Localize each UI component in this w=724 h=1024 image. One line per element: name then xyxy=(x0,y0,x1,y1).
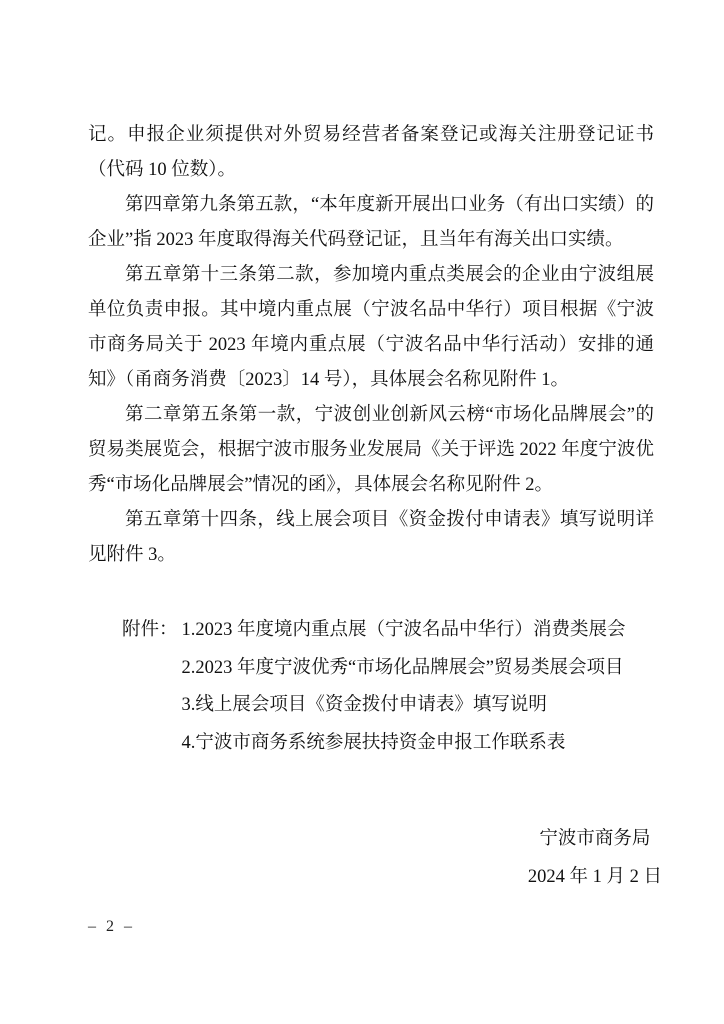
attachment-item-2: 2.2023 年度宁波优秀“市场化品牌展会”贸易类展会项目 xyxy=(182,650,682,688)
page-number: – 2 – xyxy=(88,918,135,936)
attachment-item-4: 4.宁波市商务系统参展扶持资金申报工作联系表 xyxy=(182,725,682,763)
signature-org: 宁波市商务局 xyxy=(528,820,662,858)
body-text: 记。申报企业须提供对外贸易经营者备案登记或海关注册登记证书（代码 10 位数）。… xyxy=(88,118,654,573)
document-page: 记。申报企业须提供对外贸易经营者备案登记或海关注册登记证书（代码 10 位数）。… xyxy=(0,0,724,1024)
paragraph-chapter4-clause: 第四章第九条第五款，“本年度新开展出口业务（有出口实绩）的企业”指 2023 年… xyxy=(88,188,654,258)
paragraph-continuation: 记。申报企业须提供对外贸易经营者备案登记或海关注册登记证书（代码 10 位数）。 xyxy=(88,118,654,188)
paragraph-chapter5-article13: 第五章第十三条第二款，参加境内重点类展会的企业由宁波组展单位负责申报。其中境内重… xyxy=(88,258,654,398)
paragraph-chapter2-article5: 第二章第五条第一款，宁波创业创新风云榜“市场化品牌展会”的贸易类展览会，根据宁波… xyxy=(88,398,654,503)
signature-date: 2024 年 1 月 2 日 xyxy=(528,858,662,896)
attachment-item-1: 1.2023 年度境内重点展（宁波名品中华行）消费类展会 xyxy=(182,612,682,650)
signature-block: 宁波市商务局 2024 年 1 月 2 日 xyxy=(528,820,662,896)
attachments-list: 1.2023 年度境内重点展（宁波名品中华行）消费类展会 2.2023 年度宁波… xyxy=(182,612,682,762)
attachments-block: 附件： 1.2023 年度境内重点展（宁波名品中华行）消费类展会 2.2023 … xyxy=(122,612,682,762)
attachments-label: 附件： xyxy=(122,612,178,650)
attachment-item-3: 3.线上展会项目《资金拨付申请表》填写说明 xyxy=(182,687,682,725)
paragraph-chapter5-article14: 第五章第十四条，线上展会项目《资金拨付申请表》填写说明详见附件 3。 xyxy=(88,503,654,573)
